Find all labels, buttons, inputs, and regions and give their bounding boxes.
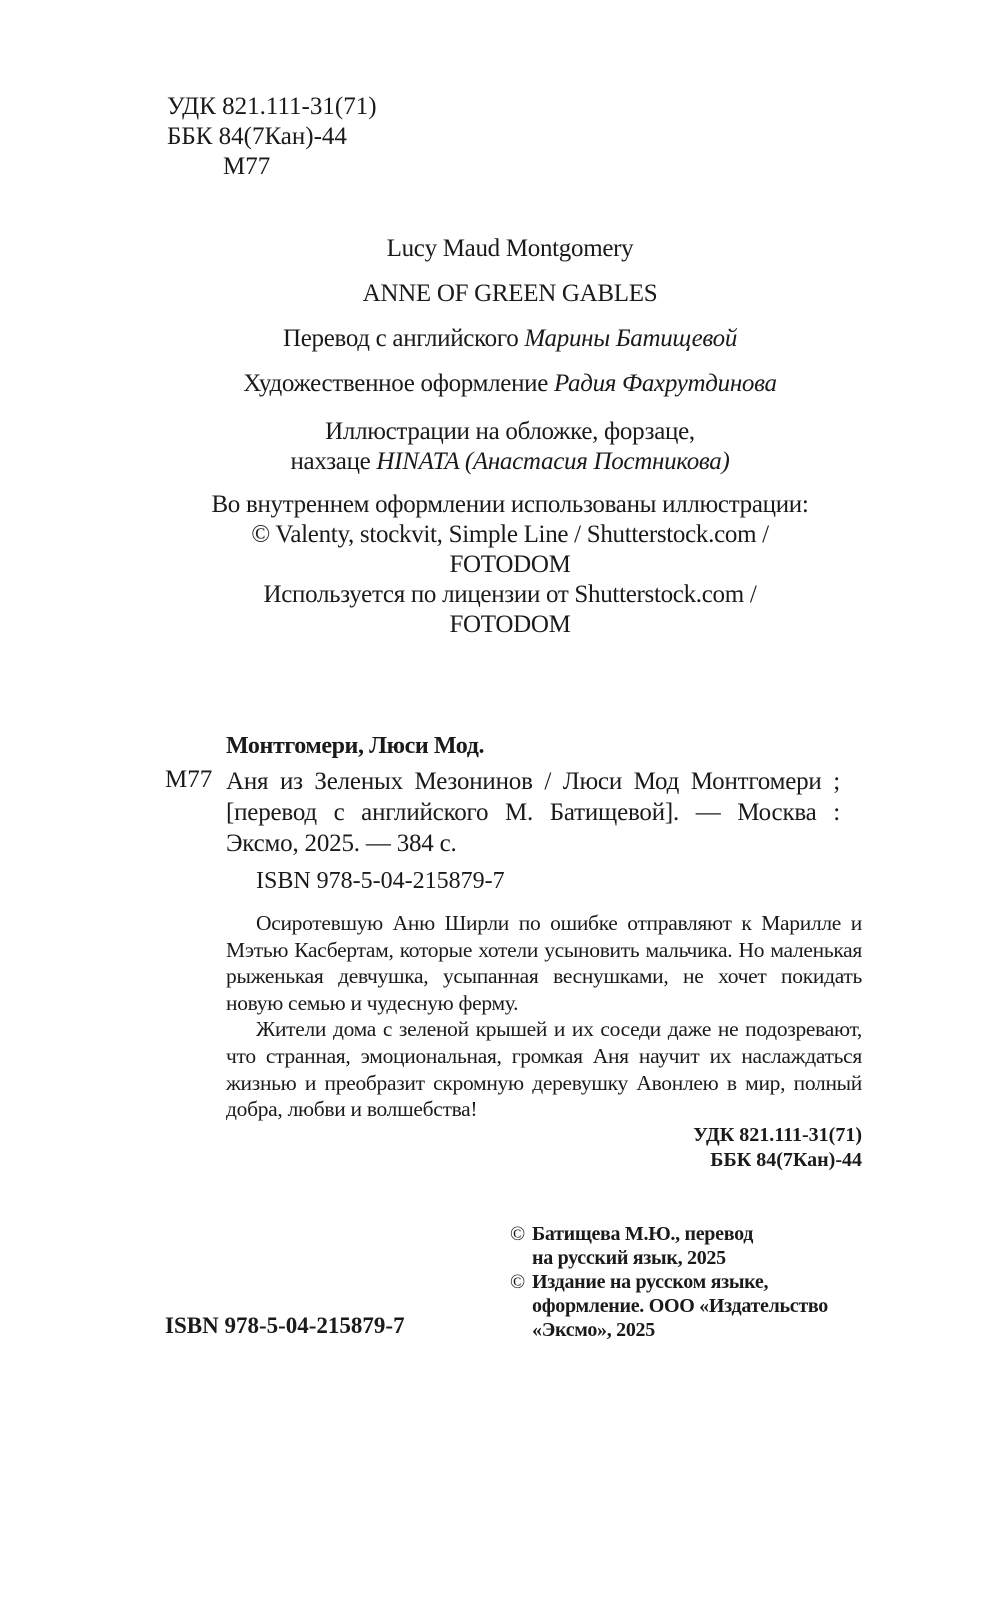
illustration-credit: Иллюстрации на обложке, форзаце, нахзаце…	[150, 417, 870, 477]
translator-name: Марины Батищевой	[524, 325, 737, 352]
artist-name: Радия Фахрутдинова	[554, 370, 777, 397]
udk-code: УДК 821.111-31(71)	[600, 1123, 862, 1148]
translation-credit: Перевод с английского Марины Батищевой	[150, 324, 870, 354]
original-author: Lucy Maud Montgomery	[150, 234, 870, 264]
annotation-paragraph: Жители дома с зеленой крышей и их соседи…	[226, 1016, 862, 1122]
original-title: ANNE OF GREEN GABLES	[150, 279, 870, 309]
illustrator-name: HINATA (Анастасия Постникова)	[376, 448, 729, 475]
copyright-translation: © Батищева М.Ю., перевод на русский язык…	[510, 1222, 828, 1270]
inner-line-5: FOTODOM	[150, 610, 870, 640]
catalog-author-heading: Монтгомери, Люси Мод.	[226, 733, 484, 760]
copyright-block: © Батищева М.Ю., перевод на русский язык…	[510, 1222, 828, 1342]
copyright-line: оформление. ООО «Издательство	[532, 1294, 828, 1318]
illus-line-1: Иллюстрации на обложке, форзаце,	[150, 417, 870, 447]
annotation: Осиротевшую Аню Ширли по ошибке отправля…	[226, 910, 862, 1123]
author-mark: М77	[167, 152, 377, 182]
copyright-icon: ©	[510, 1270, 532, 1342]
catalog-author-mark: М77	[165, 766, 212, 794]
isbn-footer: ISBN 978-5-04-215879-7	[165, 1313, 405, 1339]
inner-line-4: Используется по лицензии от Shutterstock…	[150, 580, 870, 610]
classification-footer: УДК 821.111-31(71) ББК 84(7Кан)-44	[600, 1123, 862, 1173]
udk-code: УДК 821.111-31(71)	[167, 92, 377, 122]
illus-prefix: нахзаце	[290, 448, 376, 475]
catalog-isbn: ISBN 978-5-04-215879-7	[256, 868, 505, 895]
copyright-icon: ©	[510, 1222, 532, 1270]
art-prefix: Художественное оформление	[243, 370, 554, 397]
bbk-code: ББК 84(7Кан)-44	[167, 122, 377, 152]
translation-prefix: Перевод с английского	[283, 325, 524, 352]
classification-header: УДК 821.111-31(71) ББК 84(7Кан)-44 М77	[167, 92, 377, 182]
inner-line-2: © Valenty, stockvit, Simple Line / Shutt…	[150, 520, 870, 550]
art-credit: Художественное оформление Радия Фахрутди…	[150, 369, 870, 399]
copyright-line: на русский язык, 2025	[532, 1246, 753, 1270]
copyright-edition: © Издание на русском языке, оформление. …	[510, 1270, 828, 1342]
illus-line-2: нахзаце HINATA (Анастасия Постникова)	[150, 447, 870, 477]
catalog-description: Аня из Зеленых Мезонинов / Люси Мод Монт…	[226, 766, 840, 859]
inner-illustration-credit: Во внутреннем оформлении использованы ил…	[150, 490, 870, 640]
bbk-code: ББК 84(7Кан)-44	[600, 1148, 862, 1173]
inner-line-3: FOTODOM	[150, 550, 870, 580]
inner-line-1: Во внутреннем оформлении использованы ил…	[150, 490, 870, 520]
copyright-line: Батищева М.Ю., перевод	[532, 1222, 753, 1246]
copyright-line: «Эксмо», 2025	[532, 1318, 828, 1342]
annotation-paragraph: Осиротевшую Аню Ширли по ошибке отправля…	[226, 910, 862, 1016]
copyright-line: Издание на русском языке,	[532, 1270, 828, 1294]
